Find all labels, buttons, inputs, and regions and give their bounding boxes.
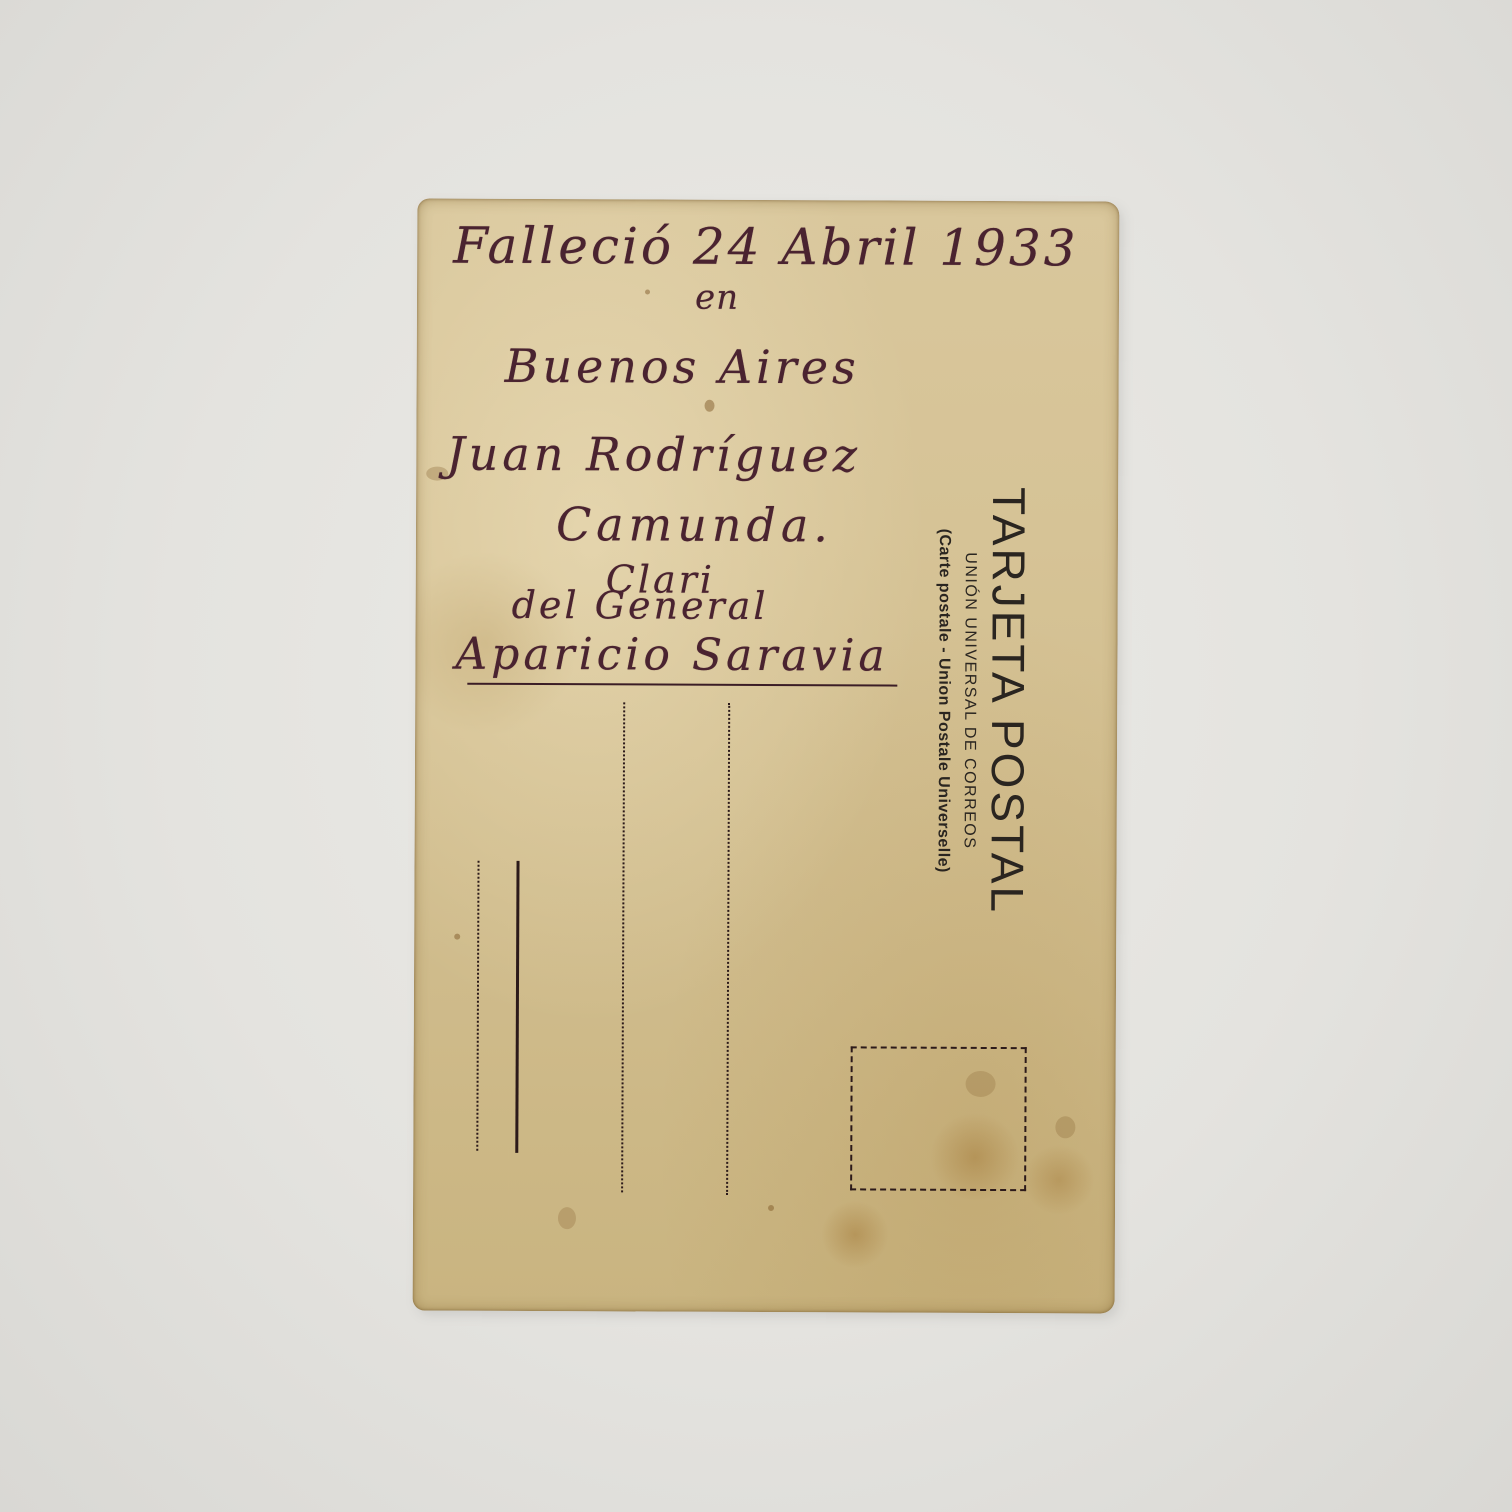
foxing-spot: [768, 1205, 774, 1211]
foxing-spot: [454, 934, 460, 940]
divider-line-address: [726, 703, 730, 1195]
divider-line-center: [621, 702, 625, 1192]
handwriting-line-saravia: Aparicio Saravia: [455, 629, 888, 682]
divider-line-short-left: [476, 861, 479, 1151]
handwriting-line-surname: Camunda.: [556, 497, 833, 552]
postcard-title: TARJETA POSTAL: [981, 471, 1035, 931]
postcard-back: Falleció 24 Abril 1933 en Buenos Aires J…: [413, 198, 1120, 1313]
handwriting-line-date: Falleció 24 Abril 1933: [453, 217, 1079, 278]
foxing-spot: [558, 1207, 576, 1229]
printed-header-rotated: TARJETA POSTAL UNIÓN UNIVERSAL DE CORREO…: [913, 471, 1037, 932]
divider-line-short-right: [515, 861, 519, 1153]
stamp-placeholder-box: [850, 1046, 1027, 1191]
postcard-subtitle: UNIÓN UNIVERSAL DE CORREOS: [957, 471, 981, 931]
handwriting-line-en: en: [695, 278, 739, 318]
foxing-spot: [426, 467, 448, 481]
handwriting-line-place: Buenos Aires: [505, 339, 860, 395]
printed-header: TARJETA POSTAL UNIÓN UNIVERSAL DE CORREO…: [913, 471, 1037, 932]
foxing-spot: [1055, 1116, 1075, 1138]
handwriting-line-general: del General: [512, 583, 769, 628]
handwriting-line-name: Juan Rodríguez: [446, 427, 861, 483]
foxing-spot: [705, 400, 715, 412]
foxing-spot: [645, 289, 650, 294]
postcard-translation: (Carte postale - Union Postale Universel…: [931, 471, 955, 931]
handwriting-underline: [467, 683, 897, 687]
